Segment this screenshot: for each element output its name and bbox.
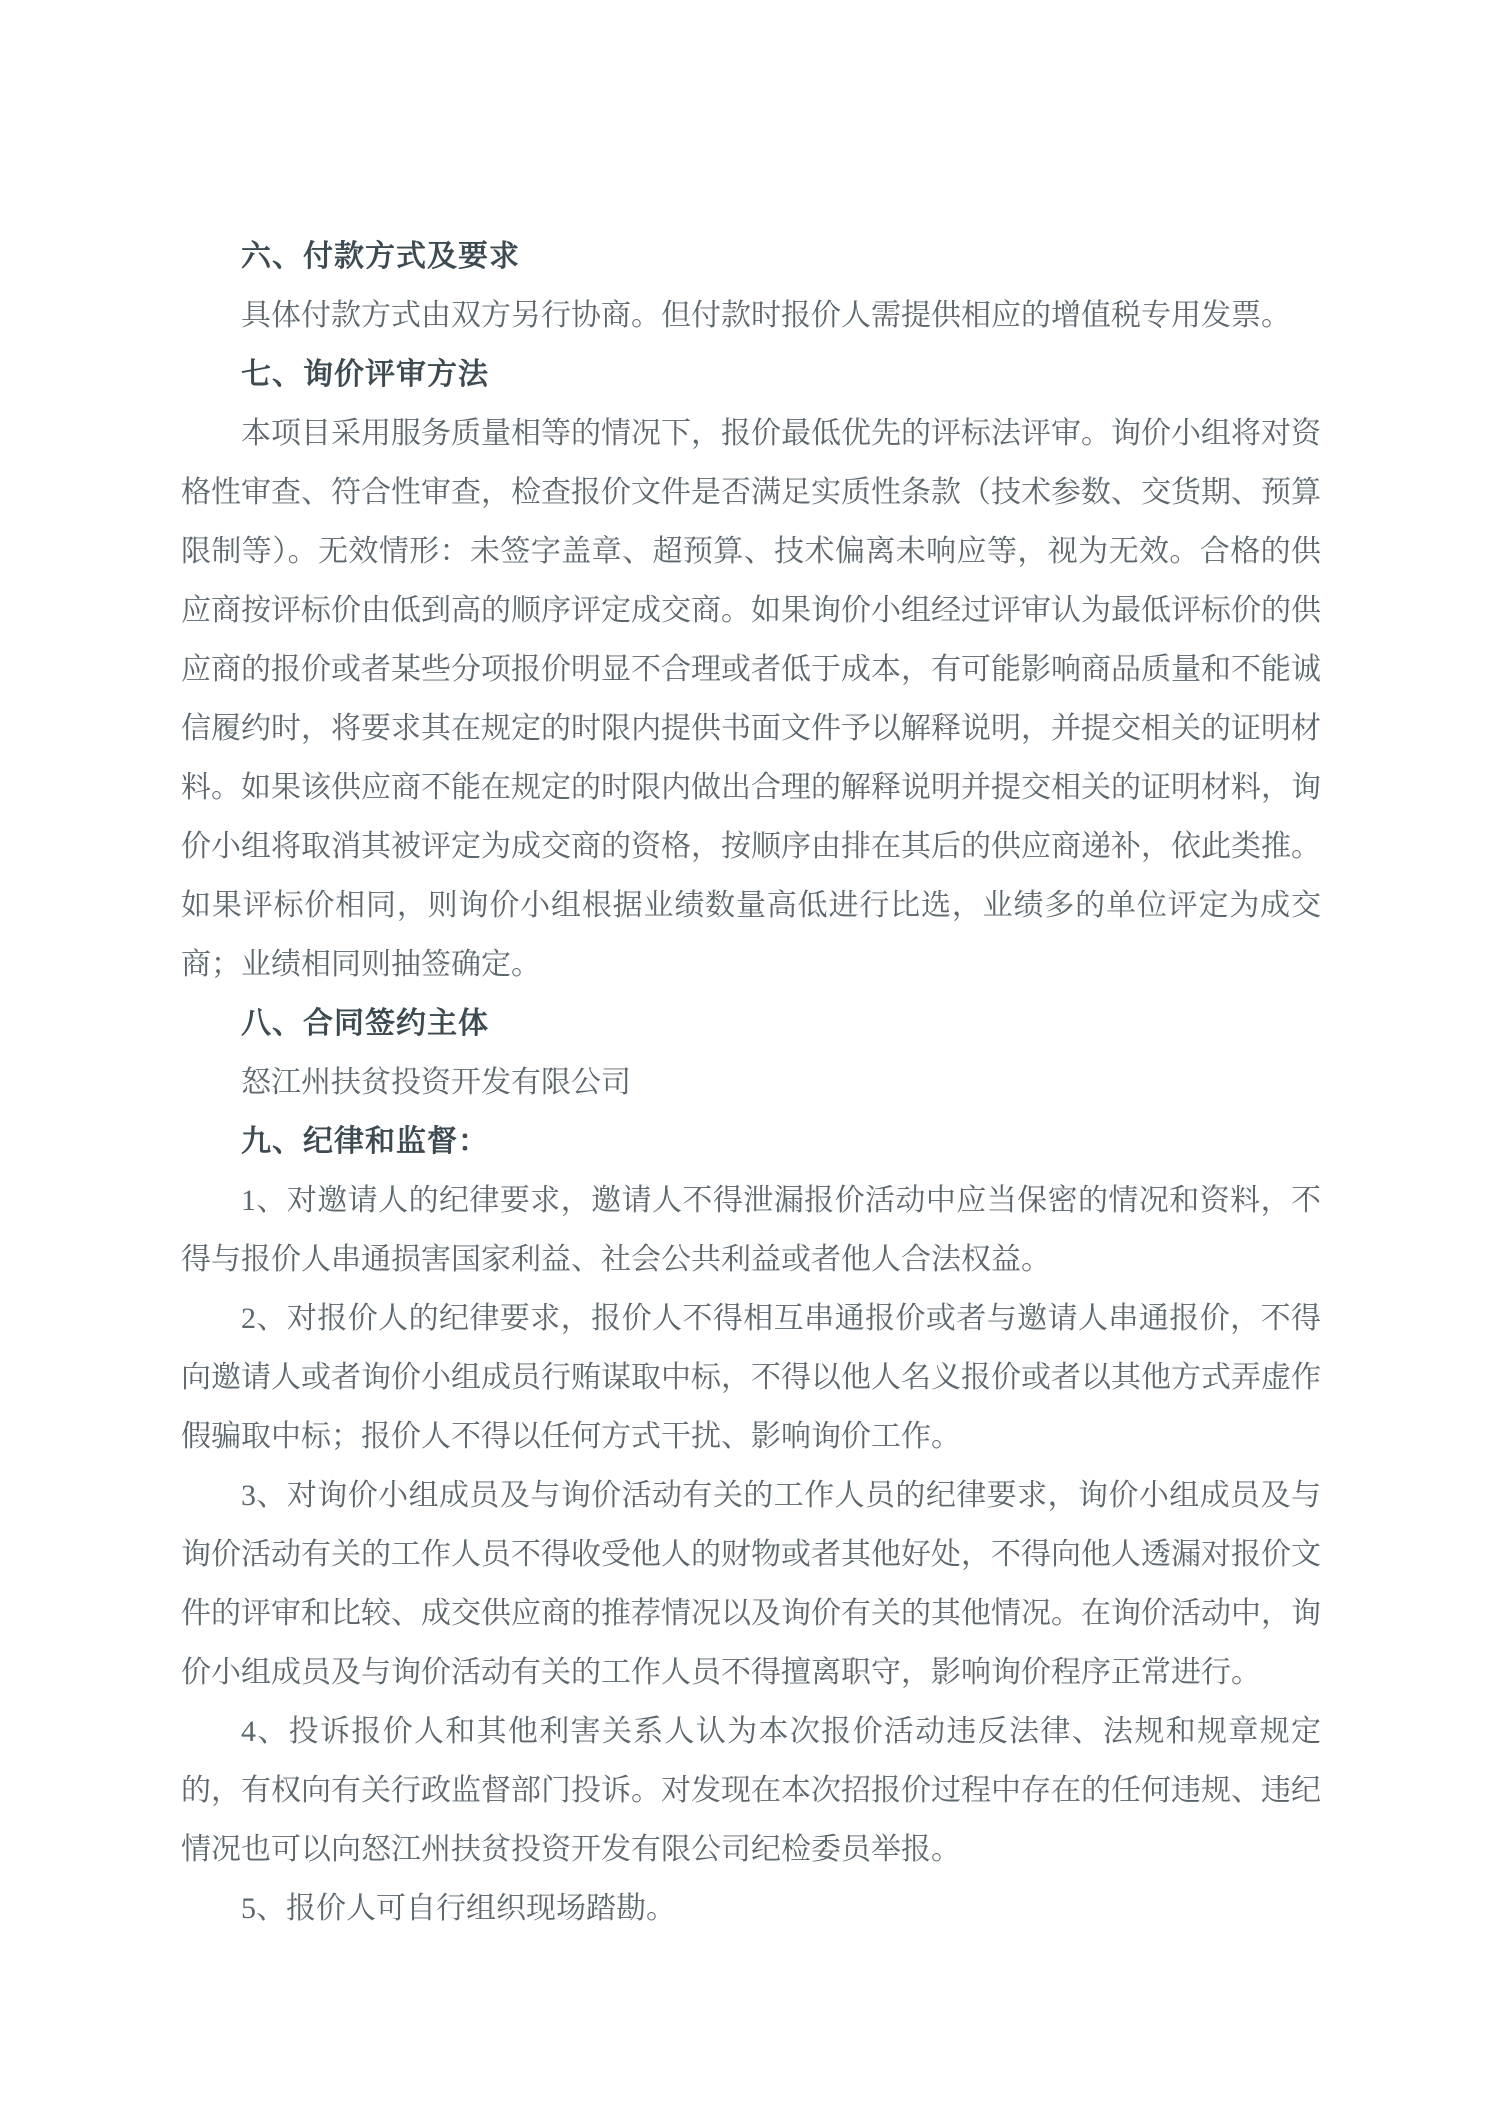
paragraph-contract-party-company: 怒江州扶贫投资开发有限公司 [181, 1053, 1321, 1112]
section-discipline-supervision: 九、纪律和监督： 1、对邀请人的纪律要求，邀请人不得泄漏报价活动中应当保密的情况… [181, 1112, 1321, 1938]
section-heading-contract-party: 八、合同签约主体 [181, 994, 1321, 1053]
section-contract-party: 八、合同签约主体 怒江州扶贫投资开发有限公司 [181, 994, 1321, 1112]
paragraph-discipline-item-2: 2、对报价人的纪律要求，报价人不得相互串通报价或者与邀请人串通报价，不得向邀请人… [181, 1289, 1321, 1466]
document-content: 六、付款方式及要求 具体付款方式由双方另行协商。但付款时报价人需提供相应的增值税… [181, 227, 1321, 1938]
paragraph-discipline-item-1: 1、对邀请人的纪律要求，邀请人不得泄漏报价活动中应当保密的情况和资料，不得与报价… [181, 1171, 1321, 1289]
section-evaluation-method: 七、询价评审方法 本项目采用服务质量相等的情况下，报价最低优先的评标法评审。询价… [181, 345, 1321, 994]
paragraph-discipline-item-3: 3、对询价小组成员及与询价活动有关的工作人员的纪律要求，询价小组成员及与询价活动… [181, 1466, 1321, 1702]
paragraph-discipline-item-4: 4、投诉报价人和其他利害关系人认为本次报价活动违反法律、法规和规章规定的，有权向… [181, 1702, 1321, 1879]
paragraph-payment-terms: 具体付款方式由双方另行协商。但付款时报价人需提供相应的增值税专用发票。 [181, 286, 1321, 345]
section-heading-payment-terms: 六、付款方式及要求 [181, 227, 1321, 286]
section-heading-evaluation-method: 七、询价评审方法 [181, 345, 1321, 404]
document-page: 六、付款方式及要求 具体付款方式由双方另行协商。但付款时报价人需提供相应的增值税… [0, 0, 1488, 2106]
section-heading-discipline-supervision: 九、纪律和监督： [181, 1112, 1321, 1171]
paragraph-evaluation-method: 本项目采用服务质量相等的情况下，报价最低优先的评标法评审。询价小组将对资格性审查… [181, 404, 1321, 994]
paragraph-discipline-item-5: 5、报价人可自行组织现场踏勘。 [181, 1879, 1321, 1938]
section-payment-terms: 六、付款方式及要求 具体付款方式由双方另行协商。但付款时报价人需提供相应的增值税… [181, 227, 1321, 345]
